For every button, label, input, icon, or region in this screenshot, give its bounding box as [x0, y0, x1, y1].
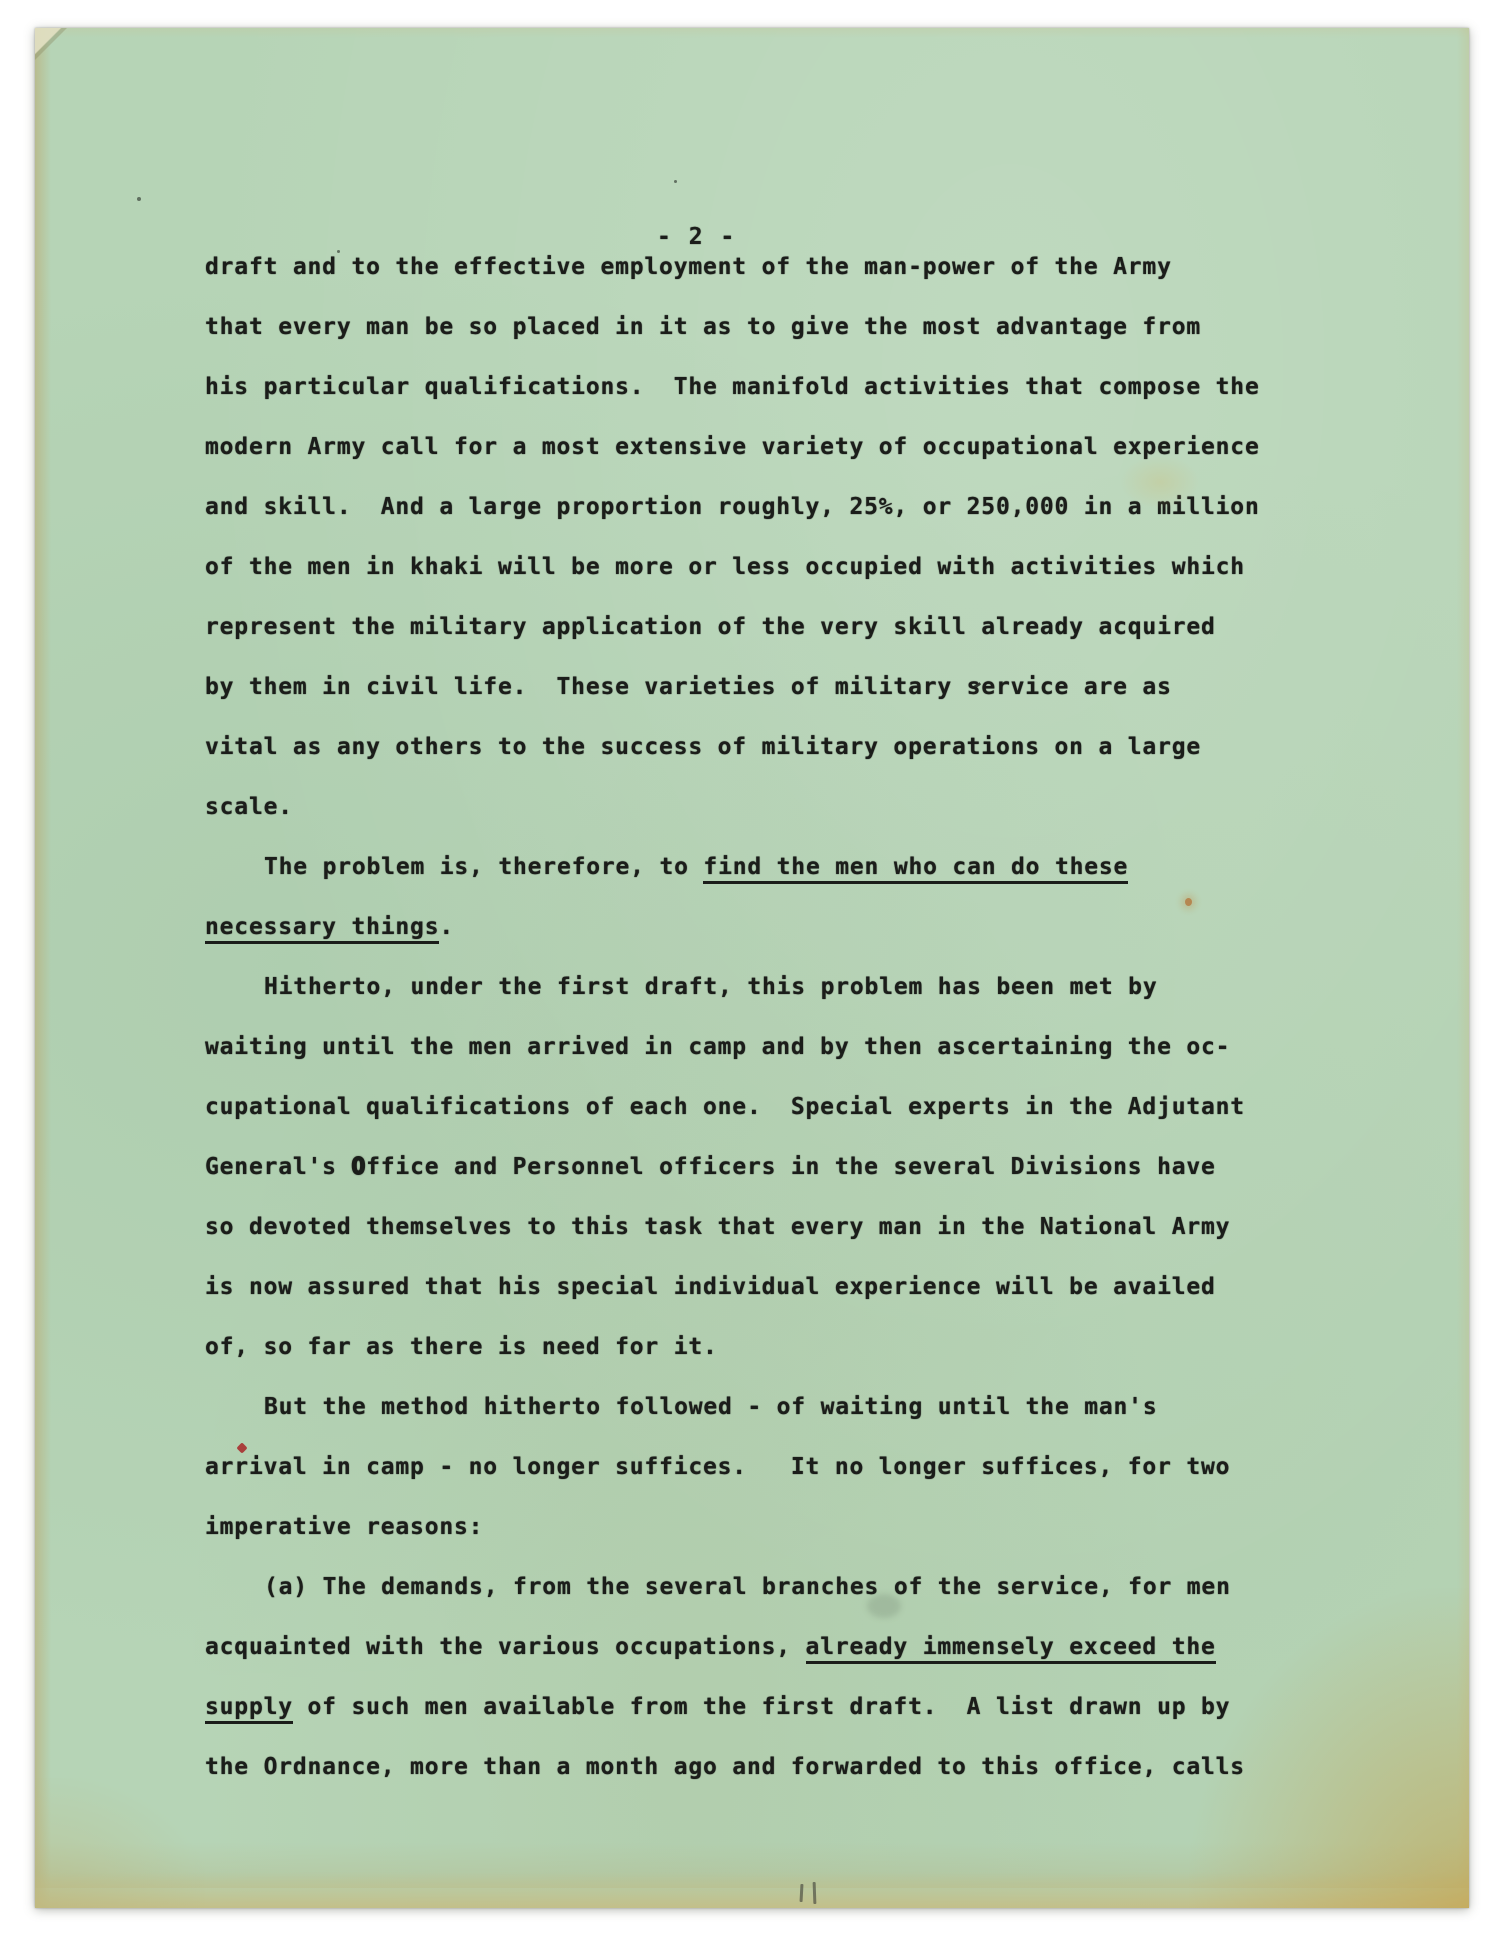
text-line: is now assured that his special individu…: [205, 1257, 1405, 1317]
scan-background: { "page": { "number_label": "- 2 -", "pa…: [0, 0, 1500, 1948]
text-segment: of such men available from the first dra…: [293, 1694, 1230, 1720]
overstruck-letter: O: [351, 1154, 366, 1180]
text-line: The problem is, therefore, to find the m…: [205, 837, 1405, 897]
text-line: draft and to the effective employment of…: [205, 237, 1405, 297]
text-segment: .: [439, 914, 454, 940]
text-segment: General's: [205, 1154, 351, 1180]
text-line: and skill. And a large proportion roughl…: [205, 477, 1405, 537]
paper-edge-bottom: [35, 1872, 1469, 1908]
text-line: waiting until the men arrived in camp an…: [205, 1017, 1405, 1077]
paper-edge-left: [35, 28, 51, 1908]
text-segment: s: [967, 674, 982, 700]
paper-fold-top-left: [35, 28, 83, 70]
text-segment: the Ordnance, more than a month ago and …: [205, 1754, 1245, 1780]
underlined-text: supply: [205, 1694, 293, 1724]
text-line: General's Office and Personnel officers …: [205, 1137, 1405, 1197]
text-segment: imperative reasons:: [205, 1514, 483, 1540]
text-line: necessary things.: [205, 897, 1405, 957]
paper-speck: [137, 197, 141, 201]
text-line: of the men in khaki will be more or less…: [205, 537, 1405, 597]
text-line: But the method hitherto followed - of wa…: [205, 1377, 1405, 1437]
text-segment: cupational qualifications of each one. S…: [205, 1094, 1245, 1120]
text-segment: represent the military application of th…: [205, 614, 1216, 640]
text-segment: Hitherto, under the first draft, this pr…: [264, 974, 1157, 1000]
text-line: his particular qualifications. The manif…: [205, 357, 1405, 417]
underlined-text: find the men who can do these: [703, 854, 1128, 884]
text-segment: waiting until the men arrived in camp an…: [205, 1034, 1230, 1060]
faint-stain: [1120, 455, 1200, 509]
text-segment: vital as any others to the success of mi…: [205, 734, 1201, 760]
paper-edge-right: [1457, 28, 1469, 1908]
text-segment: is now assured that his special individu…: [205, 1274, 1216, 1300]
text-line: arrival in camp - no longer suffices. It…: [205, 1437, 1405, 1497]
ink-smudge: [867, 1594, 901, 1618]
text-segment: draft and to the effective employment of…: [205, 254, 1172, 280]
text-segment: of the men in khaki will be more or less…: [205, 554, 1245, 580]
text-segment: by them in civil life. These varieties o…: [205, 674, 967, 700]
text-segment: (a) The demands, from the several branch…: [264, 1574, 1231, 1600]
text-line: so devoted themselves to this task that …: [205, 1197, 1405, 1257]
text-line: the Ordnance, more than a month ago and …: [205, 1737, 1405, 1797]
rust-stain: [1185, 898, 1192, 906]
text-segment: so devoted themselves to this task that …: [205, 1214, 1230, 1240]
text-segment: and skill. And a large proportion roughl…: [205, 494, 1260, 520]
text-segment: of, so far as there is need for it.: [205, 1334, 718, 1360]
text-segment: But the method hitherto followed - of wa…: [264, 1394, 1157, 1420]
text-line: imperative reasons:: [205, 1497, 1405, 1557]
document-text: draft and to the effective employment of…: [205, 237, 1405, 1797]
text-segment: ffice and Personnel officers in the seve…: [366, 1154, 1216, 1180]
text-segment: ervice are as: [981, 674, 1171, 700]
text-line: modern Army call for a most extensive va…: [205, 417, 1405, 477]
document-page: - 2 - draft and to the effective employm…: [35, 28, 1469, 1908]
text-line: vital as any others to the success of mi…: [205, 717, 1405, 777]
text-segment: The problem is, therefore, to: [264, 854, 703, 880]
text-line: supply of such men available from the fi…: [205, 1677, 1405, 1737]
paper-speck: [674, 180, 677, 183]
text-segment: scale.: [205, 794, 293, 820]
underlined-text: necessary things: [205, 914, 439, 944]
text-line: that every man be so placed in it as to …: [205, 297, 1405, 357]
underlined-text: already immensely exceed the: [806, 1634, 1216, 1664]
paper-edge-top: [35, 28, 1469, 38]
text-line: Hitherto, under the first draft, this pr…: [205, 957, 1405, 1017]
paper-speck: [337, 250, 340, 253]
text-line: acquainted with the various occupations,…: [205, 1617, 1405, 1677]
text-line: scale.: [205, 777, 1405, 837]
text-segment: that every man be so placed in it as to …: [205, 314, 1201, 340]
text-line: represent the military application of th…: [205, 597, 1405, 657]
text-line: of, so far as there is need for it.: [205, 1317, 1405, 1377]
text-line: by them in civil life. These varieties o…: [205, 657, 1405, 717]
text-segment: his particular qualifications. The manif…: [205, 374, 1260, 400]
text-line: cupational qualifications of each one. S…: [205, 1077, 1405, 1137]
text-line: (a) The demands, from the several branch…: [205, 1557, 1405, 1617]
text-segment: modern Army call for a most extensive va…: [205, 434, 1260, 460]
text-segment: acquainted with the various occupations,: [205, 1634, 806, 1660]
text-segment: arrival in camp - no longer suffices. It…: [205, 1454, 1230, 1480]
